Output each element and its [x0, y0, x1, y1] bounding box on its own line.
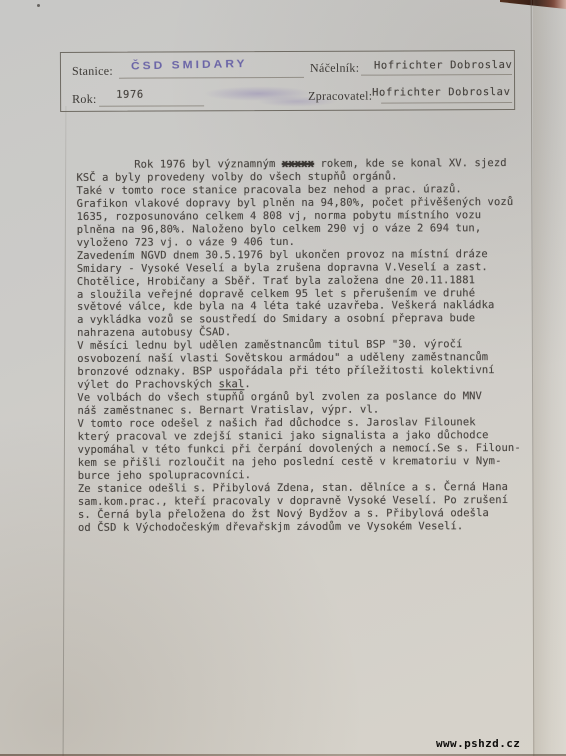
chronicle-page: Stanice: ČSD SMIDARY Rok: 1976 Náčelník:…: [0, 0, 566, 756]
station-underline: [119, 77, 304, 79]
paragraph: V měsíci lednu byl udělen zaměstnancům t…: [77, 338, 555, 392]
year-label: Rok:: [72, 92, 97, 107]
compiler-underline: [381, 102, 512, 104]
document-body: Rok 1976 byl významným xxxxx rokem, kde …: [76, 157, 556, 535]
header-form-box: Stanice: ČSD SMIDARY Rok: 1976 Náčelník:…: [60, 50, 515, 112]
chief-value: Hofrichter Dobroslav: [374, 59, 512, 72]
compiler-value: Hofrichter Dobroslav: [372, 86, 510, 99]
paragraph: Zavedením NGVD dnem 30.5.1976 byl ukonče…: [77, 247, 555, 340]
year-underline: [99, 105, 204, 106]
watermark: www.pshzd.cz: [436, 737, 520, 750]
station-stamp: ČSD SMIDARY: [131, 56, 248, 72]
year-value: 1976: [116, 89, 144, 101]
paragraph: Rok 1976 byl významným xxxxx rokem, kde …: [76, 157, 554, 185]
paragraph: V tomto roce odešel z našich řad důchodc…: [78, 416, 556, 483]
scanned-document-photo: Stanice: ČSD SMIDARY Rok: 1976 Náčelník:…: [0, 0, 566, 756]
compiler-label: Zpracovatel:: [308, 89, 372, 104]
paragraph: Ve volbách do všech stupňů orgánů byl zv…: [77, 390, 555, 418]
ink-ghost-smudge: [203, 86, 313, 101]
paragraph: Ze stanice odešli s. Přibylová Zdena, st…: [78, 481, 556, 535]
station-label: Stanice:: [72, 64, 113, 79]
chief-label: Náčelník:: [310, 61, 359, 76]
chief-underline: [361, 74, 512, 76]
paragraph: Grafikon vlakové dopravy byl plněn na 94…: [77, 196, 555, 250]
